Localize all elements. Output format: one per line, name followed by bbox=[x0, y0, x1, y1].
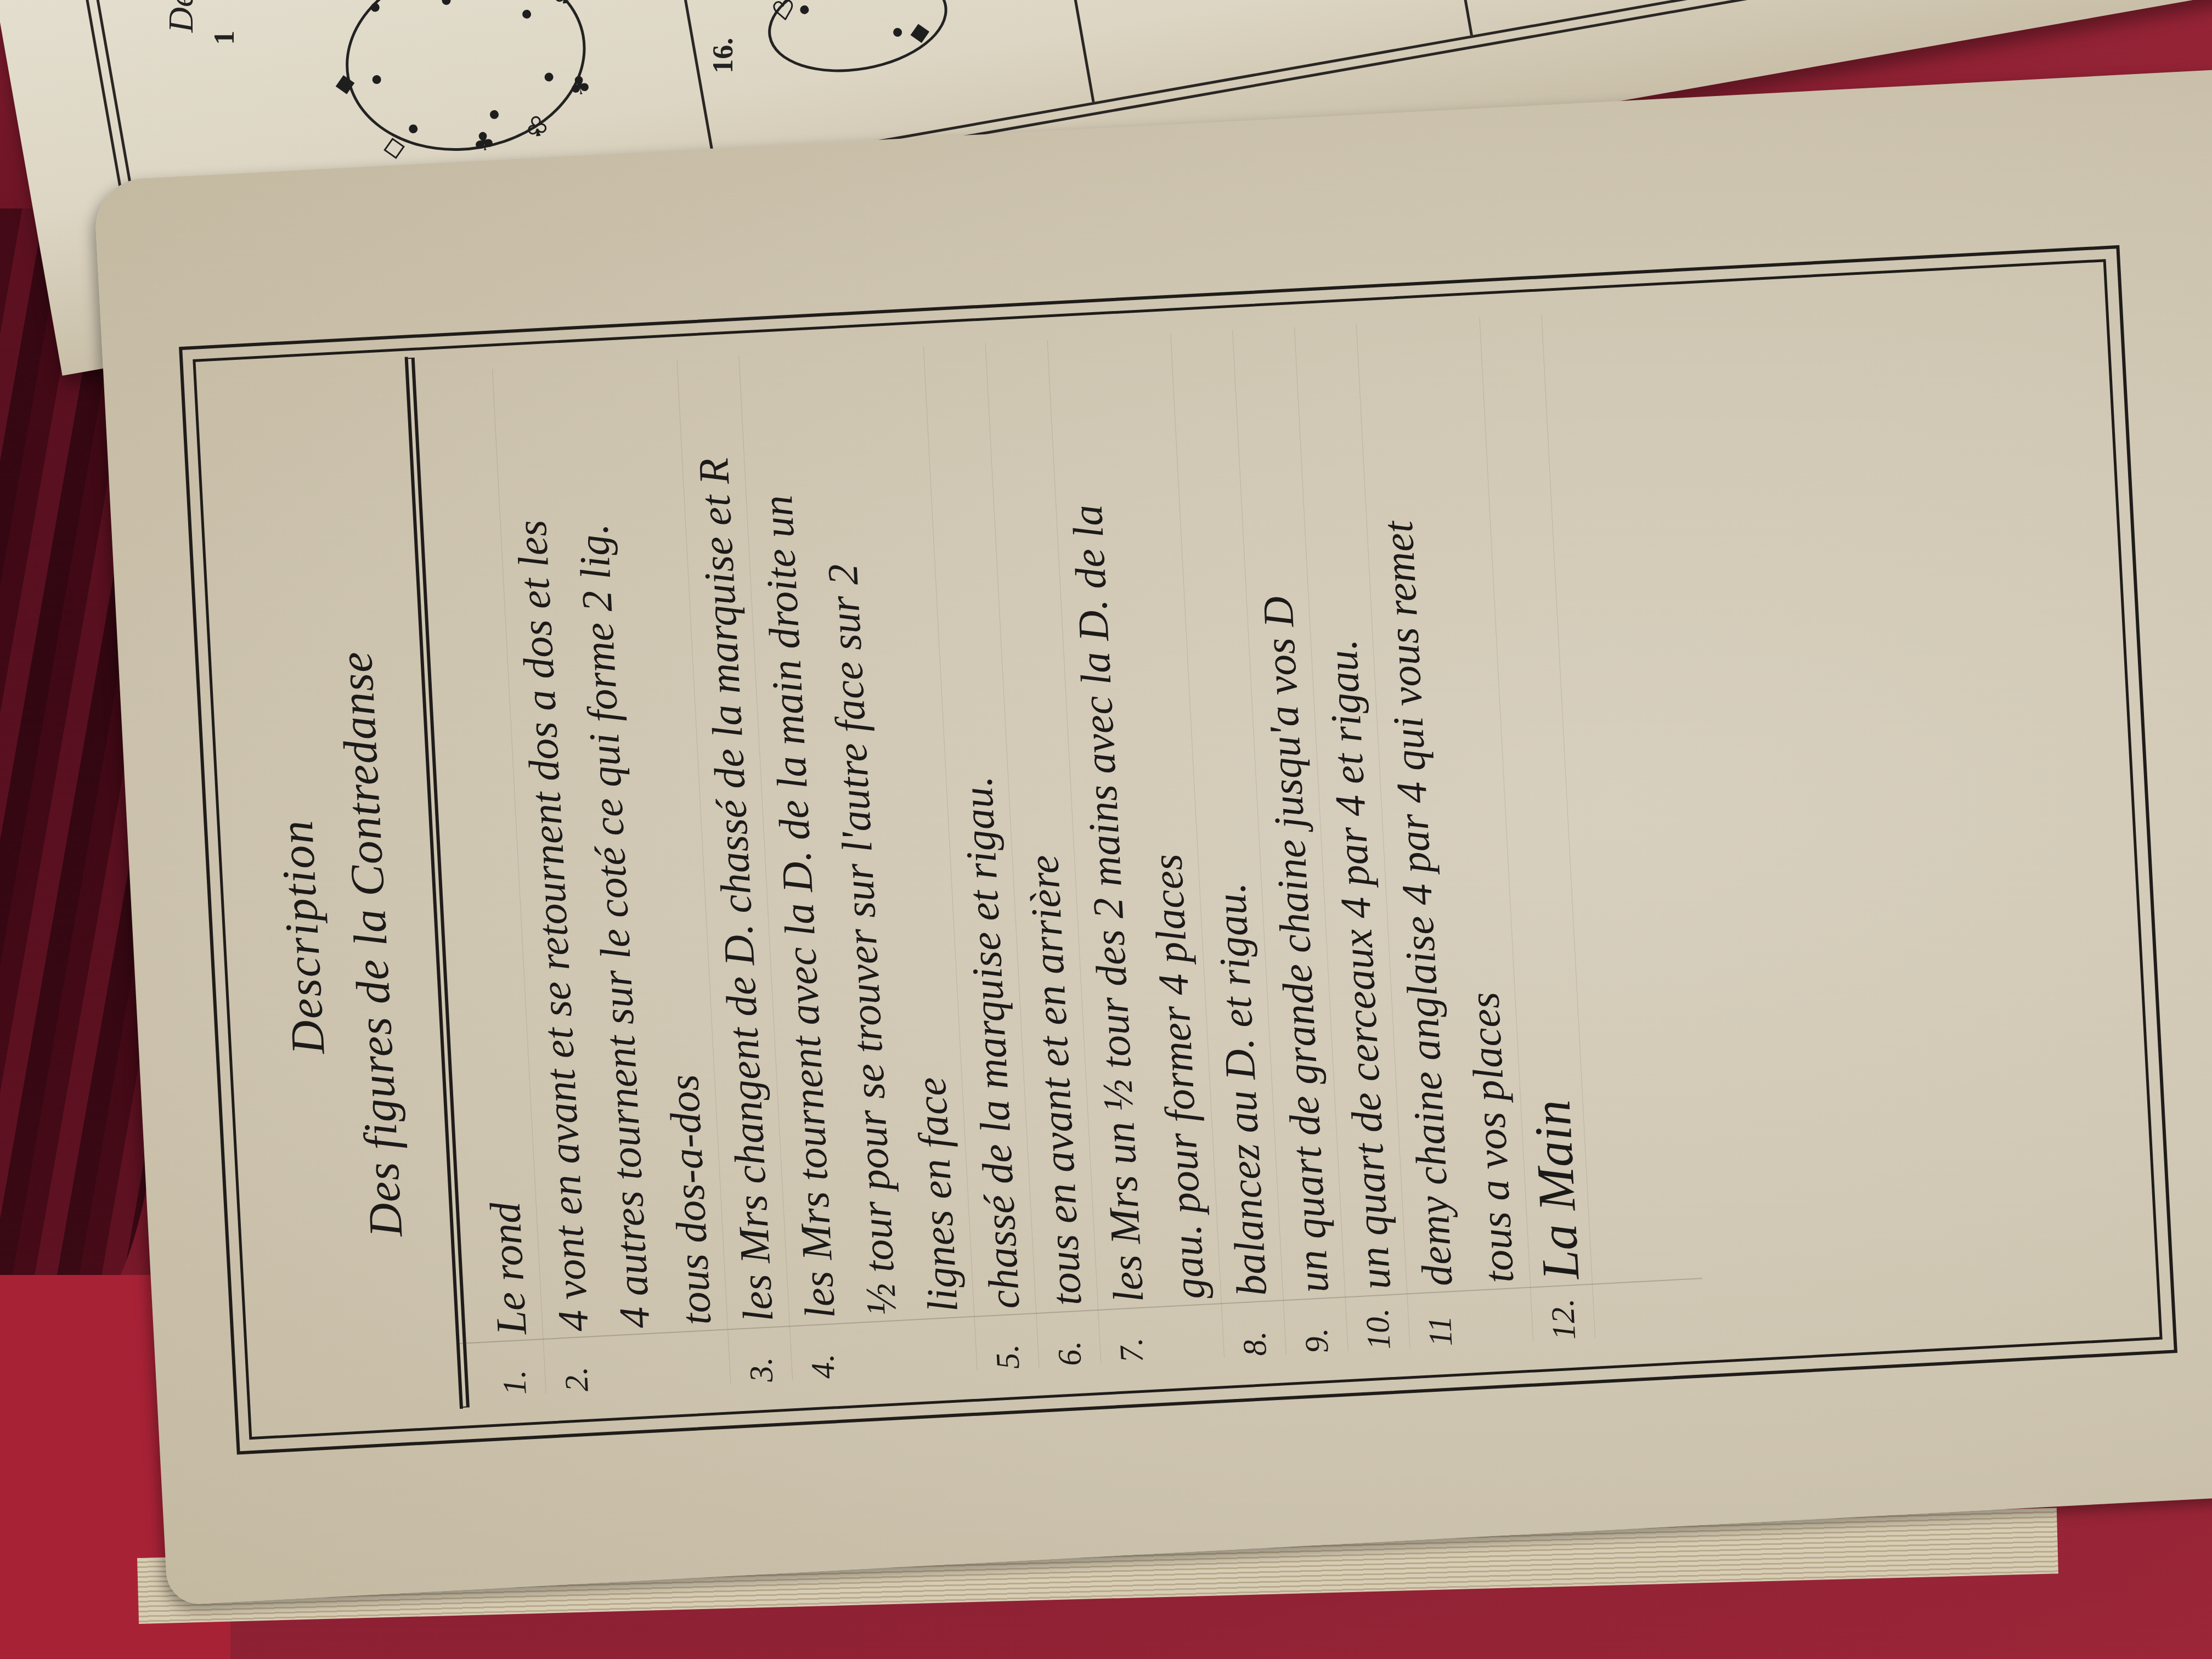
entry-number: 2. bbox=[543, 1330, 608, 1393]
entry-number: 3. bbox=[728, 1320, 793, 1384]
club-icon: ♣ bbox=[566, 71, 593, 100]
circle-diagram: ♥ ♥ ♣ ◆ ♣ ◆ ♣ ♣ bbox=[331, 0, 601, 170]
page-subtitle: Des figures de la Contredanse bbox=[313, 359, 414, 1238]
loop-diagram: ♥ ◆ bbox=[760, 0, 955, 86]
figure-number: 1 bbox=[208, 31, 241, 45]
entry-number: 12. bbox=[1531, 1278, 1595, 1342]
dancer-dot bbox=[408, 124, 419, 134]
dancer-dot bbox=[371, 75, 382, 85]
dancer-dot bbox=[489, 110, 500, 120]
heart-icon: ♥ bbox=[321, 0, 348, 4]
diamond-icon: ◆ bbox=[908, 17, 932, 45]
club-icon: ♣ bbox=[550, 0, 577, 8]
entry-number: 6. bbox=[1036, 1304, 1101, 1368]
entry-number: 9. bbox=[1283, 1291, 1348, 1355]
entry-number: 10. bbox=[1345, 1288, 1410, 1351]
entry-number: 1. bbox=[481, 1333, 546, 1397]
entry-number: 11 bbox=[1407, 1285, 1472, 1348]
dancer-dot bbox=[893, 27, 903, 38]
dancer-dot bbox=[544, 72, 554, 82]
diamond-icon: ◆ bbox=[382, 132, 405, 160]
dancer-dot bbox=[522, 9, 532, 20]
entry-number: 8. bbox=[1221, 1294, 1286, 1358]
figure-list: 1. Le rond 2. 4 vont en avant et se reto… bbox=[408, 297, 1596, 1409]
entry-number: 4. bbox=[789, 1317, 854, 1381]
heart-icon: ♥ bbox=[770, 0, 797, 25]
description-text-block: Description Des figures de la Contredans… bbox=[207, 269, 2136, 1419]
book-page: Description Des figures de la Contredans… bbox=[93, 70, 2212, 1606]
club-icon: ♣ bbox=[523, 112, 550, 140]
club-icon: ♣ bbox=[471, 127, 498, 156]
dancer-dot bbox=[370, 2, 380, 13]
dancer-dot bbox=[799, 5, 810, 15]
figure-number: 16. bbox=[707, 38, 740, 74]
diamond-icon: ◆ bbox=[333, 69, 357, 97]
entry-number: 7. bbox=[1098, 1301, 1163, 1364]
dancer-dot bbox=[441, 0, 452, 5]
entry-number: 5. bbox=[974, 1307, 1039, 1371]
